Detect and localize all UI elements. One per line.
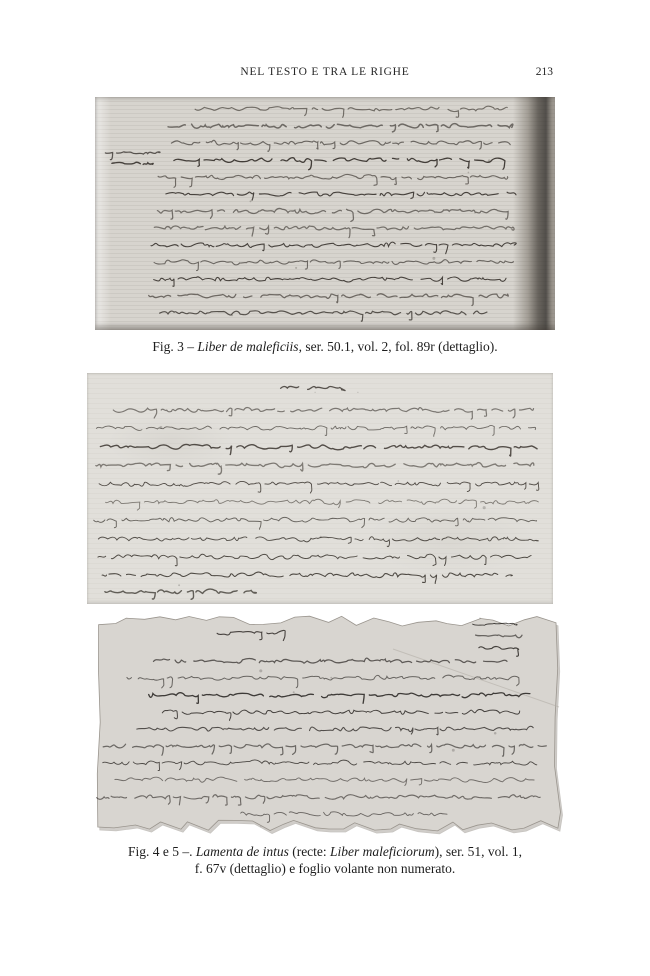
running-head: NEL TESTO E TRA LE RIGHE 213 <box>0 66 650 82</box>
page-number: 213 <box>536 66 553 78</box>
figure-3-caption: Fig. 3 – Liber de maleficiis, ser. 50.1,… <box>0 339 650 355</box>
figure-4-image <box>87 373 553 604</box>
figure-3-image <box>95 97 555 330</box>
book-page: NEL TESTO E TRA LE RIGHE 213 Fig. 3 – Li… <box>0 0 650 976</box>
figures-4-5-caption: Fig. 4 e 5 –. Lamenta de intus (recte: L… <box>0 844 650 877</box>
caption-line-1: Fig. 4 e 5 –. Lamenta de intus (recte: L… <box>0 844 650 861</box>
caption-line-2: f. 67v (dettaglio) e foglio volante non … <box>0 861 650 878</box>
manuscript-handwriting <box>95 97 555 330</box>
manuscript-handwriting <box>87 373 553 604</box>
loose-sheet-handwriting <box>93 611 567 838</box>
figure-5-image <box>93 611 567 838</box>
